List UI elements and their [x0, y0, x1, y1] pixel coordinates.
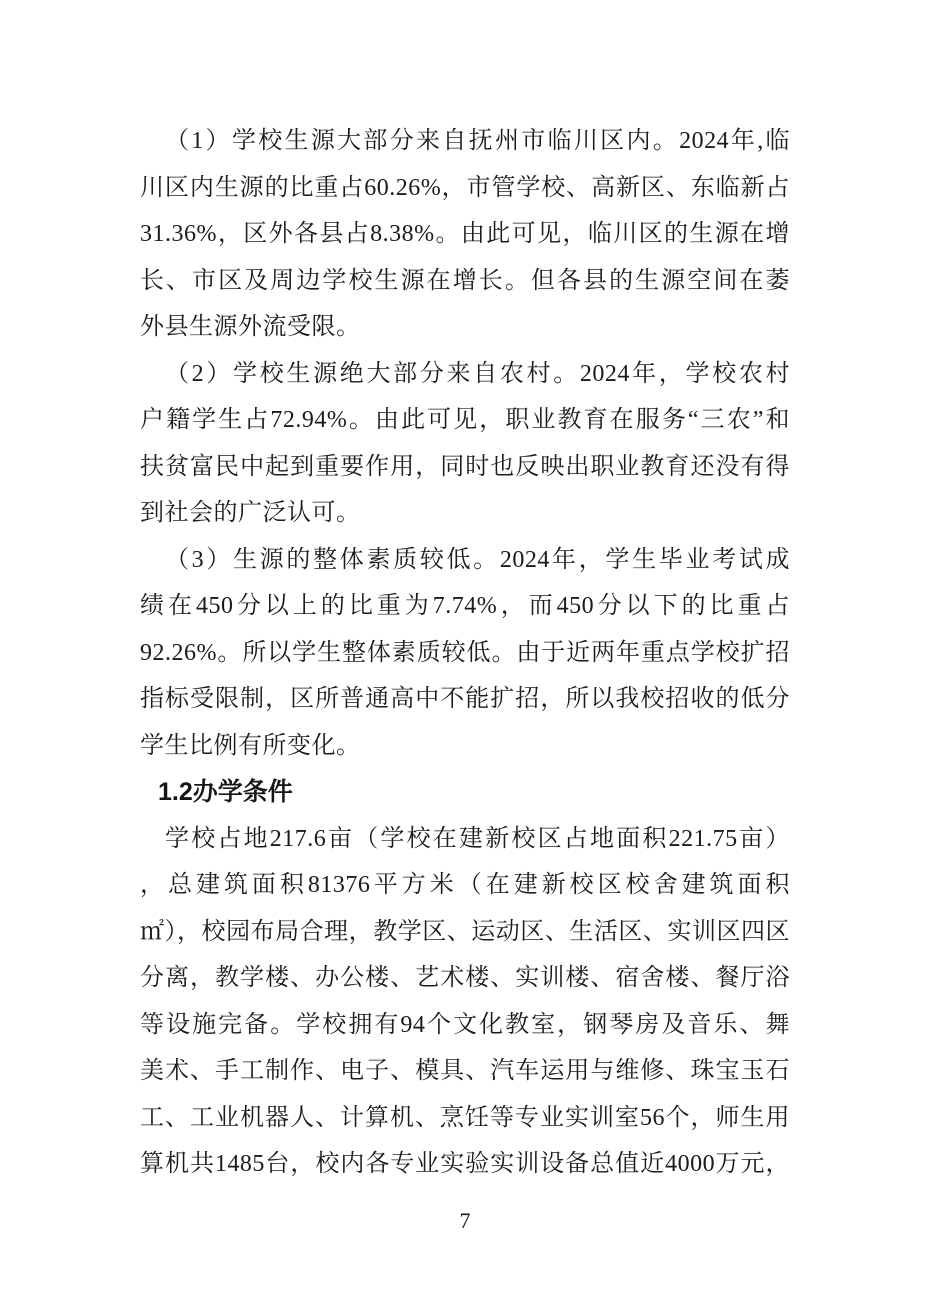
text-line: 美术、手工制作、电子、模具、汽车运用与维修、珠宝玉石加	[140, 1048, 790, 1095]
text-line: （3）生源的整体素质较低。2024年，学生毕业考试成	[140, 537, 790, 584]
document-page: （1）学校生源大部分来自抚州市临川区内。2024年,临 川区内生源的比重占60.…	[0, 0, 930, 1315]
paragraph-student-quality: （3）生源的整体素质较低。2024年，学生毕业考试成 绩在450分以上的比重为7…	[140, 537, 790, 770]
text-line: 到社会的广泛认可。	[140, 490, 790, 537]
text-line: 工、工业机器人、计算机、烹饪等专业实训室56个，师生用计	[140, 1095, 790, 1142]
text-line: 31.36%，区外各县占8.38%。由此可见，临川区的生源在增	[140, 211, 790, 258]
text-line: 绩在450分以上的比重为7.74%，而450分以下的比重占	[140, 583, 790, 630]
text-line: 学校占地217.6亩（学校在建新校区占地面积221.75亩）	[140, 816, 790, 863]
text-line: 外县生源外流受限。	[140, 304, 790, 351]
text-line: 川区内生源的比重占60.26%，市管学校、高新区、东临新占	[140, 165, 790, 212]
text-line: 户籍学生占72.94%。由此可见，职业教育在服务“三农”和	[140, 397, 790, 444]
text-line: ㎡），校园布局合理，教学区、运动区、生活区、实训区四区	[140, 909, 790, 956]
page-number: 7	[0, 1206, 930, 1236]
page-content: （1）学校生源大部分来自抚州市临川区内。2024年,临 川区内生源的比重占60.…	[140, 118, 790, 1188]
paragraph-student-source-region: （1）学校生源大部分来自抚州市临川区内。2024年,临 川区内生源的比重占60.…	[140, 118, 790, 351]
text-line: 扶贫富民中起到重要作用，同时也反映出职业教育还没有得	[140, 444, 790, 491]
text-line: 分离，教学楼、办公楼、艺术楼、实训楼、宿舍楼、餐厅浴室	[140, 955, 790, 1002]
text-line: 长、市区及周边学校生源在增长。但各县的生源空间在萎缩，	[140, 258, 790, 305]
paragraph-school-facilities: 学校占地217.6亩（学校在建新校区占地面积221.75亩） ，总建筑面积813…	[140, 816, 790, 1188]
text-line: 等设施完备。学校拥有94个文化教室，钢琴房及音乐、舞蹈、	[140, 1002, 790, 1049]
paragraph-rural-students: （2）学校生源绝大部分来自农村。2024年，学校农村 户籍学生占72.94%。由…	[140, 351, 790, 537]
text-line: （1）学校生源大部分来自抚州市临川区内。2024年,临	[140, 118, 790, 165]
section-heading: 1.2办学条件	[158, 769, 790, 816]
text-line: 学生比例有所变化。	[140, 723, 790, 770]
text-line: ，总建筑面积81376平方米（在建新校区校舍建筑面积204605	[140, 862, 790, 909]
text-line: 算机共1485台，校内各专业实验实训设备总值近4000万元，	[140, 1141, 790, 1188]
text-line: 92.26%。所以学生整体素质较低。由于近两年重点学校扩招	[140, 630, 790, 677]
text-line: （2）学校生源绝大部分来自农村。2024年，学校农村	[140, 351, 790, 398]
text-line: 指标受限制，区所普通高中不能扩招，所以我校招收的低分	[140, 676, 790, 723]
